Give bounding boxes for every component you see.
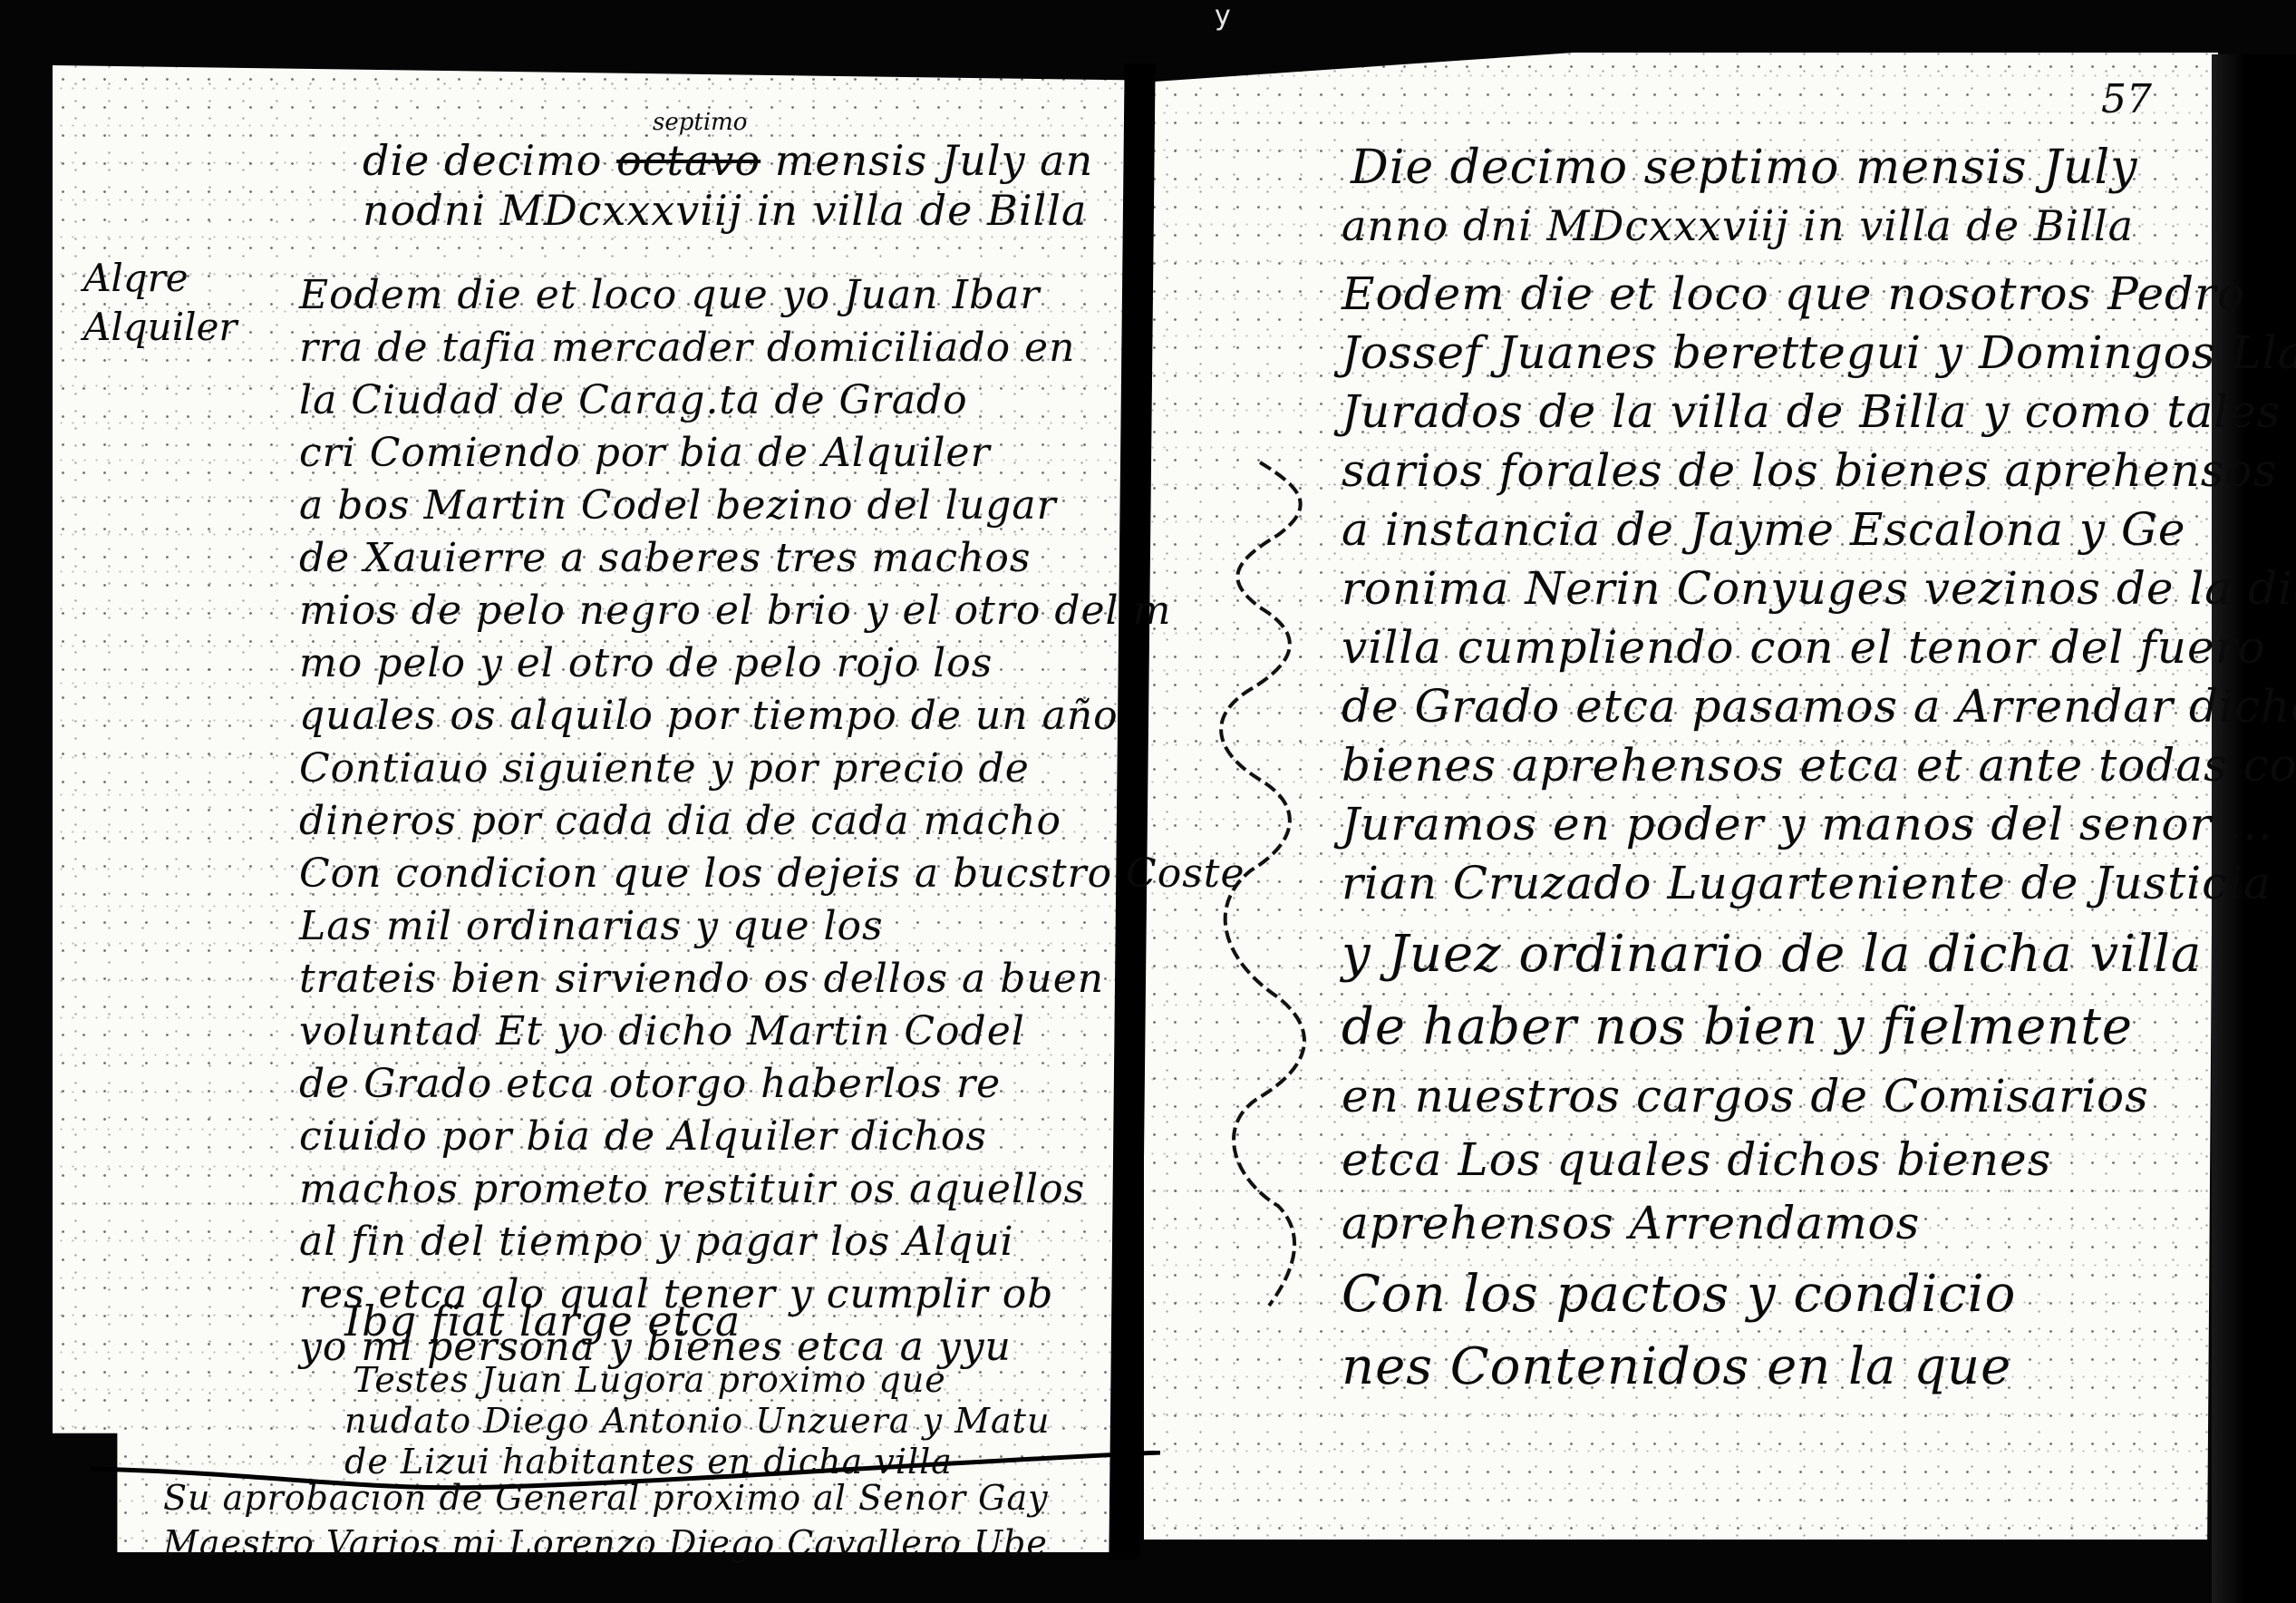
margin-note-line1: Alqre [83, 254, 237, 303]
right-body-line: en nuestros cargos de Comisarios [1342, 1070, 2149, 1122]
right-body-line: Con los pactos y condicio [1342, 1265, 2016, 1324]
witness-line: nudato Diego Antonio Unzuera y Matu [344, 1401, 1050, 1441]
right-body-line: de Grado etca pasamos a Arrendar dichos [1342, 680, 2296, 733]
right-body-line: etca Los quales dichos bienes [1342, 1133, 2051, 1186]
footnote-line: Su aprobacion de General proximo al Seno… [163, 1478, 1049, 1518]
right-body-line: sarios forales de los bienes aprehensos [1342, 444, 2277, 497]
left-body-line: machos prometo restituir os aquellos [299, 1166, 1085, 1212]
left-body-line: Con condicion que los dejeis a bucstro C… [299, 850, 1245, 897]
left-body-line: de Grado etca otorgo haberlos re [299, 1061, 1001, 1107]
right-body-line: villa cumpliendo con el tenor del fuero [1342, 621, 2266, 674]
witness-line: Testes Juan Lugora proximo que [354, 1360, 946, 1400]
superscript-insert: septimo [653, 109, 747, 136]
footnote-line: Maestro Varios mi Lorenzo Diego Cavaller… [163, 1523, 1048, 1563]
right-body-line: y Juez ordinario de la dicha villa [1342, 925, 2202, 984]
left-body-line: Eodem die et loco que yo Juan Ibar [299, 272, 1040, 318]
left-heading-line1: die decimo octavo mensis July an [363, 136, 1093, 185]
top-mark: y [1215, 0, 1231, 32]
margin-note-line2: Alquiler [83, 303, 237, 352]
right-body-line: bienes aprehensos etca et ante todas cos… [1342, 739, 2296, 792]
left-body-line: Contiauo siguiente y por precio de [299, 745, 1030, 792]
left-body-line: ciuido por bia de Alquiler dichos [299, 1113, 987, 1160]
right-body-line: de haber nos bien y fielmente [1342, 997, 2133, 1056]
left-body-line: trateis bien sirviendo os dellos a buen [299, 956, 1104, 1002]
left-body-line: voluntad Et yo dicho Martin Codel [299, 1008, 1025, 1054]
right-body-line: Eodem die et loco que nosotros Pedro [1342, 267, 2245, 320]
right-body-line: Juramos en poder y manos del senor ... [1342, 798, 2273, 850]
left-body-line: a bos Martin Codel bezino del lugar [299, 482, 1057, 529]
right-heading-line1: Die decimo septimo mensis July [1351, 141, 2137, 195]
left-body-line: rra de tafia mercader domiciliado en [299, 325, 1075, 371]
right-body-line: a instancia de Jayme Escalona y Ge [1342, 503, 2186, 556]
heading-text-before: die decimo [363, 136, 602, 185]
right-heading-line2: anno dni MDcxxxviij in villa de Billa [1342, 201, 2134, 250]
right-body-line: nes Contenidos en la que [1342, 1337, 2011, 1396]
heading-text-after: mensis July an [775, 136, 1093, 185]
left-body-line: mios de pelo negro el brio y el otro del… [299, 588, 1171, 634]
right-body-line: Jossef Juanes berettegui y Domingos Llan… [1342, 326, 2296, 379]
right-body-line: ronima Nerin Conyuges vezinos de la dich… [1342, 562, 2296, 615]
closing-formula: Ibg fiat large etca [344, 1297, 741, 1346]
left-body-line: dineros por cada dia de cada macho [299, 798, 1061, 844]
margin-note: Alqre Alquiler [83, 254, 237, 352]
left-heading-line2: nodni MDcxxxviij in villa de Billa [363, 186, 1087, 235]
left-body-line: al fin del tiempo y pagar los Alqui [299, 1219, 1014, 1265]
right-body-line: Jurados de la villa de Billa y como tale… [1342, 385, 2296, 438]
page-number: 57 [2101, 76, 2152, 122]
struck-word: octavo [616, 136, 760, 185]
right-body-line: rian Cruzado Lugarteniente de Justicia [1342, 857, 2272, 909]
left-body-line: cri Comiendo por bia de Alquiler [299, 430, 991, 476]
left-body-line: mo pelo y el otro de pelo rojo los [299, 640, 993, 686]
left-body-line: Las mil ordinarias y que los [299, 903, 884, 949]
left-body-line: de Xauierre a saberes tres machos [299, 535, 1032, 581]
left-body-line: quales os alquilo por tiempo de un año [299, 693, 1119, 739]
right-body-line: aprehensos Arrendamos [1342, 1197, 1920, 1249]
left-body-line: la Ciudad de Carag.ta de Grado [299, 377, 968, 423]
